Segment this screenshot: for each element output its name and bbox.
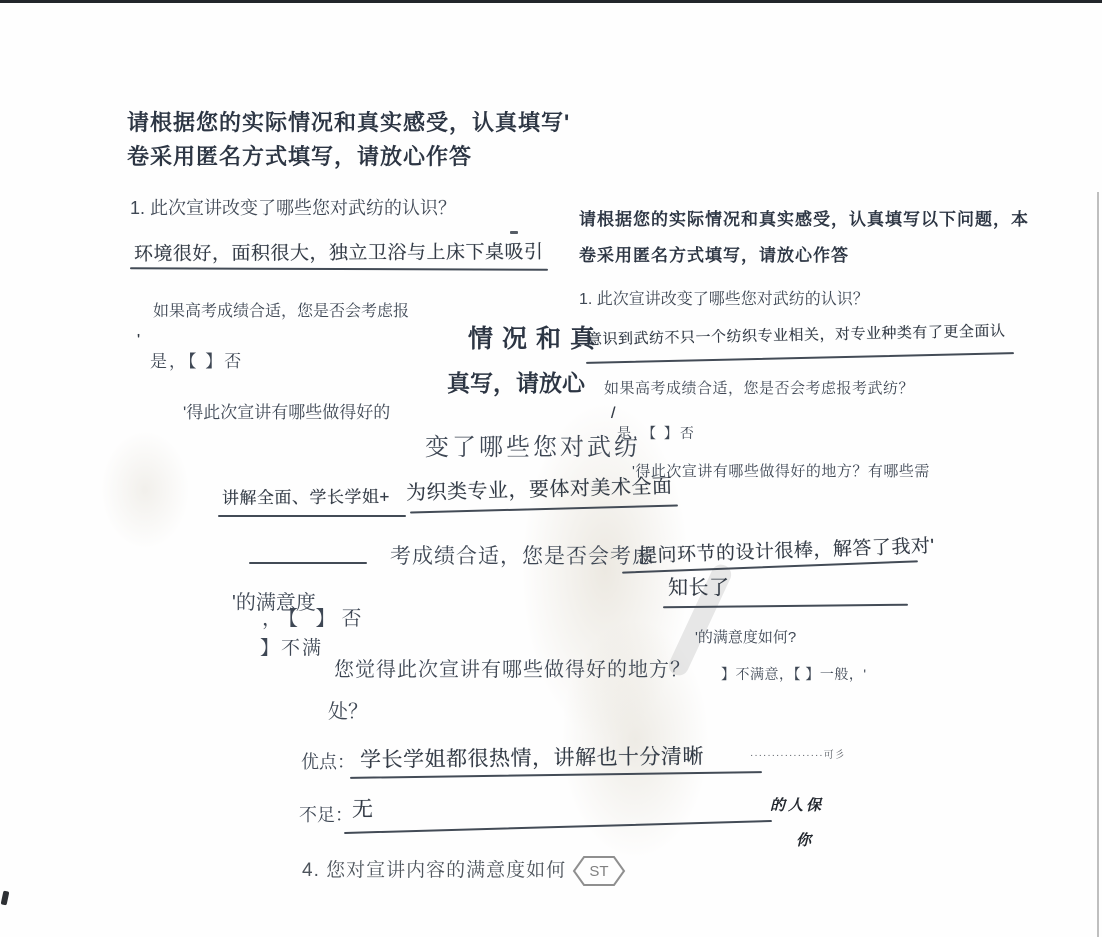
overlay-note-line2: 你 [796, 832, 811, 849]
dotted-note: ·················可彡 [750, 750, 846, 762]
question-1: 1. 此次宣讲改变了哪些您对武纺的认识？ [579, 291, 869, 309]
survey-sheet-right: 请根据您的实际情况和真实感受，认真填写以下问题，本 卷采用匿名方式填写，请放心作… [0, 0, 1102, 937]
overlay-note-line1: 的人保 [770, 797, 824, 814]
satisfaction-question-fragment: '的满意度如何? [695, 629, 796, 646]
survey-instruction-line2: 卷采用匿名方式填写，请放心作答 [579, 246, 849, 266]
answer-underline [586, 352, 1014, 364]
photo-canvas: 请根据您的实际情况和真实感受，认真填写' 卷采用匿名方式填写，请放心作答 1. … [0, 0, 1102, 937]
question-2: 如果高考成绩合适，您是否会考虑报考武纺？ [604, 380, 914, 397]
survey-instruction-line1: 请根据您的实际情况和真实感受，认真填写以下问题，本 [579, 210, 1029, 230]
question-3: '得此次宣讲有哪些做得好的地方？有哪些需 [632, 463, 930, 480]
handwritten-answer-1: 意识到武纺不只一个纺织专业相关，对专业种类有了更全面认 [587, 324, 1006, 349]
satisfaction-options-fragment: 】不满意，【 】一般，' [721, 666, 867, 682]
handwritten-slash-mark: / [611, 405, 616, 423]
yes-no-options: 是，【 】否 [617, 425, 696, 441]
answer-underline [663, 604, 908, 609]
handwritten-answer-3-line2: 知长了 [668, 577, 730, 599]
